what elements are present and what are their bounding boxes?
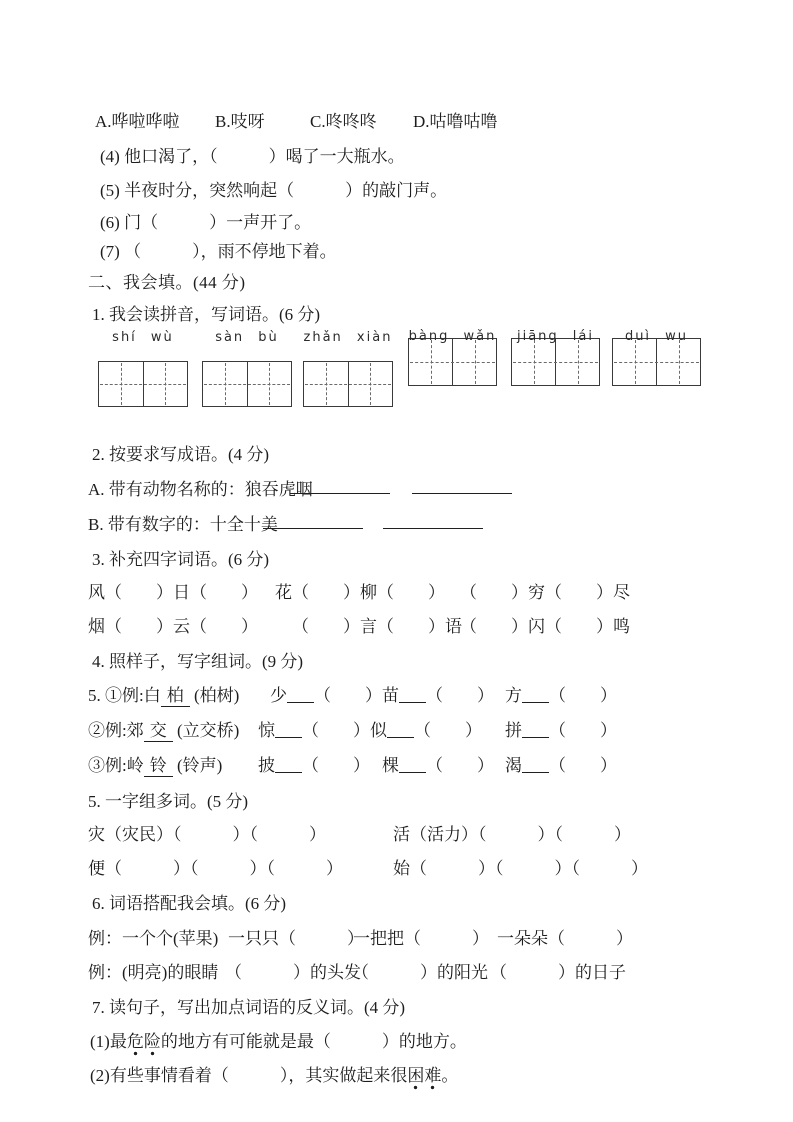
dotted-word: 困难 — [407, 1066, 441, 1090]
example-word: (立交桥) — [177, 721, 239, 740]
matching-item: 一只只（ ） — [228, 924, 364, 949]
example-char-underlined: 柏 — [161, 681, 190, 707]
grid-midline — [204, 384, 290, 385]
q7-title-line: 7. 读句子，写出加点词语的反义词。(4 分) — [0, 993, 793, 1019]
sentence-q7: (7) （ ），雨不停地下着。 — [0, 237, 793, 263]
tian-zi-ge-box — [612, 338, 701, 386]
section-title: 二、我会填。(44 分) — [88, 268, 246, 293]
write-item: 少（ ） — [270, 681, 382, 706]
option-d: D.咕噜咕噜 — [413, 107, 498, 132]
pinyin-label-4: bàng wǎn — [408, 329, 497, 344]
answer-blank-line — [275, 770, 302, 773]
answer-blank-line — [522, 735, 549, 738]
example-char-underlined: 铃 — [144, 751, 173, 777]
chinese-exam-worksheet: A.哗啦哗啦 B.吱呀 C.咚咚咚 D.咕噜咕噜 (4) 他口渴了，（ ）喝了一… — [0, 0, 793, 1122]
word-building-item: 活（活力）（ ）（ ） — [393, 820, 631, 845]
pinyin-label-2: sàn bù — [202, 330, 292, 345]
q5a-row-3: ③例:岭铃 (铃声) 披（ ） 棵（ ） 渴（ ） — [0, 751, 793, 777]
answer-blank-line — [263, 528, 363, 529]
write-item: 拼（ ） — [505, 716, 617, 741]
phrase-blank: 风（ ）日（ ） — [88, 578, 258, 603]
q5a-row-2: ②例:郊交 (立交桥) 惊（ ） 似（ ） 拼（ ） — [0, 716, 793, 742]
example-group: ③例:岭铃 (铃声) — [88, 751, 222, 777]
q3-title-line: 3. 补充四字词语。(6 分) — [0, 545, 793, 571]
grid-midline — [410, 362, 495, 363]
word-building-item: 灾（灾民）（ ）（ ） — [88, 820, 326, 845]
sentence-text: (2)有些事情看着（ ），其实做起来很困难。 — [90, 1061, 458, 1086]
answer-blank-line — [290, 493, 390, 494]
write-item: 似（ ） — [370, 716, 482, 741]
write-item: 棵（ ） — [382, 751, 494, 776]
pinyin-label-6: duì wu — [612, 329, 701, 344]
example-group: ②例:郊交 (立交桥) — [88, 716, 239, 742]
q5a-row-1: 5. ①例:白柏 (柏树) 少（ ） 苗（ ） 方（ ） — [0, 681, 793, 707]
grid-midline — [614, 362, 699, 363]
q2-row-b: B. 带有数字的：十全十美 — [0, 510, 793, 536]
example-word: (柏树) — [194, 686, 239, 705]
question-title: 2. 按要求写成语。(4 分) — [92, 440, 269, 465]
answer-blank-line — [287, 700, 314, 703]
q5b-row-2: 便（ ）（ ）（ ） 始（ ）（ ）（ ） — [0, 854, 793, 880]
phrase-blank: （ ）闪（ ）鸣 — [460, 612, 630, 637]
q2b-label: B. 带有数字的：十全十美 — [88, 510, 278, 535]
q6-row-2: 例：(明亮)的眼睛 （ ）的头发 （ ）的阳光 （ ）的日子 — [0, 958, 793, 984]
answer-blank-line — [522, 770, 549, 773]
phrase-blank: （ ）穷（ ）尽 — [460, 578, 630, 603]
grid-midline — [100, 384, 186, 385]
q5b-title-line: 5. 一字组多词。(5 分) — [0, 787, 793, 813]
question-title: 6. 词语搭配我会填。(6 分) — [92, 889, 286, 914]
tian-zi-ge-box — [202, 361, 292, 407]
phrase-blank: （ ）言（ ）语 — [292, 612, 462, 637]
matching-item: 一把把（ ） — [353, 924, 489, 949]
question-title: 7. 读句子，写出加点词语的反义词。(4 分) — [92, 993, 405, 1018]
example-prefix: ②例:郊 — [88, 721, 144, 740]
question-title: 4. 照样子，写字组词。(9 分) — [92, 647, 303, 672]
question-title: 3. 补充四字词语。(6 分) — [92, 545, 269, 570]
write-item: 披（ ） — [258, 751, 370, 776]
example-char-underlined: 交 — [144, 716, 173, 742]
matching-item: （ ）的阳光 — [352, 958, 488, 983]
tian-zi-ge-box — [98, 361, 188, 407]
q2a-label: A. 带有动物名称的：狼吞虎咽 — [88, 475, 313, 500]
option-row: A.哗啦哗啦 B.吱呀 C.咚咚咚 D.咕噜咕噜 — [0, 107, 793, 133]
pinyin-label-5: jiāng lái — [511, 329, 600, 344]
sentence-text: (4) 他口渴了，（ ）喝了一大瓶水。 — [100, 142, 405, 167]
sentence-q6: (6) 门（ ）一声开了。 — [0, 208, 793, 234]
answer-blank-line — [383, 528, 483, 529]
pinyin-label-3: zhǎn xiàn — [300, 330, 396, 345]
write-item: 苗（ ） — [382, 681, 494, 706]
sentence-text: (7) （ ），雨不停地下着。 — [100, 237, 337, 262]
phrase-blank: 花（ ）柳（ ） — [275, 578, 445, 603]
word-building-item: 始（ ）（ ）（ ） — [393, 854, 648, 879]
write-item: 方（ ） — [505, 681, 617, 706]
example-word: (铃声) — [177, 756, 222, 775]
example-prefix: ③例:岭 — [88, 756, 144, 775]
q7-sentence-2: (2)有些事情看着（ ），其实做起来很困难。 — [0, 1061, 793, 1087]
matching-item: （ ）的日子 — [490, 958, 626, 983]
q3-row-1: 风（ ）日（ ） 花（ ）柳（ ） （ ）穷（ ）尽 — [0, 578, 793, 604]
tian-zi-ge-box — [303, 361, 393, 407]
sentence-text: (1)最危险的地方有可能就是最（ ）的地方。 — [90, 1027, 467, 1052]
matching-item: （ ）的头发 — [225, 958, 361, 983]
tian-zi-ge-box — [511, 338, 600, 386]
part2-header: 二、我会填。(44 分) — [0, 268, 793, 294]
q6-title-line: 6. 词语搭配我会填。(6 分) — [0, 889, 793, 915]
answer-blank-line — [412, 493, 512, 494]
q7-sentence-1: (1)最危险的地方有可能就是最（ ）的地方。 — [0, 1027, 793, 1053]
sentence-text: (5) 半夜时分，突然响起（ ）的敲门声。 — [100, 176, 447, 201]
sentence-text: (6) 门（ ）一声开了。 — [100, 208, 311, 233]
tian-zi-ge-box — [408, 338, 497, 386]
question-title: 5. 一字组多词。(5 分) — [88, 787, 248, 812]
q4-title-line: 4. 照样子，写字组词。(9 分) — [0, 647, 793, 673]
word-building-item: 便（ ）（ ）（ ） — [88, 854, 343, 879]
dotted-word: 危险 — [127, 1032, 161, 1056]
option-c: C.咚咚咚 — [310, 107, 377, 132]
q1-title-line: 1. 我会读拼音，写词语。(6 分) — [0, 300, 793, 326]
pinyin-label-1: shí wù — [98, 330, 188, 345]
matching-item: 一朵朵（ ） — [497, 924, 633, 949]
example-prefix: 5. ①例:白 — [88, 686, 161, 705]
answer-blank-line — [522, 700, 549, 703]
answer-blank-line — [399, 770, 426, 773]
sentence-q5: (5) 半夜时分，突然响起（ ）的敲门声。 — [0, 176, 793, 202]
q2-row-a: A. 带有动物名称的：狼吞虎咽 — [0, 475, 793, 501]
example-group: 5. ①例:白柏 (柏树) — [88, 681, 239, 707]
answer-blank-line — [399, 700, 426, 703]
option-a: A.哗啦哗啦 — [95, 107, 180, 132]
grid-midline — [305, 384, 391, 385]
write-item: 渴（ ） — [505, 751, 617, 776]
matching-item: 例：(明亮)的眼睛 — [88, 958, 218, 983]
question-title: 1. 我会读拼音，写词语。(6 分) — [92, 300, 320, 325]
answer-blank-line — [387, 735, 414, 738]
q6-row-1: 例：一个个(苹果) 一只只（ ） 一把把（ ） 一朵朵（ ） — [0, 924, 793, 950]
q3-row-2: 烟（ ）云（ ） （ ）言（ ）语 （ ）闪（ ）鸣 — [0, 612, 793, 638]
sentence-q4: (4) 他口渴了，（ ）喝了一大瓶水。 — [0, 142, 793, 168]
q2-title-line: 2. 按要求写成语。(4 分) — [0, 440, 793, 466]
matching-item: 例：一个个(苹果) — [88, 924, 218, 949]
option-b: B.吱呀 — [215, 107, 265, 132]
answer-blank-line — [275, 735, 302, 738]
write-item: 惊（ ） — [258, 716, 370, 741]
q5b-row-1: 灾（灾民）（ ）（ ） 活（活力）（ ）（ ） — [0, 820, 793, 846]
phrase-blank: 烟（ ）云（ ） — [88, 612, 258, 637]
grid-midline — [513, 362, 598, 363]
